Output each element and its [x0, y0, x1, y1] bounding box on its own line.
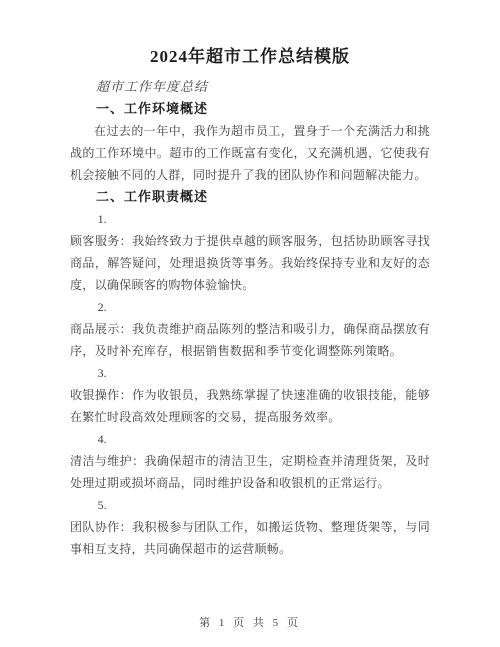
list-item-text-customer-service: 顾客服务：我始终致力于提供卓越的顾客服务，包括协助顾客寻找商品，解答疑问，处理退…: [70, 230, 430, 296]
list-item-text-team-collaboration: 团队协作：我积极参与团队工作，如搬运货物、整理货架等，与同事相互支持，共同确保超…: [70, 516, 430, 560]
document-page: 2024年超市工作总结模版 超市工作年度总结 一、工作环境概述 在过去的一年中，…: [0, 0, 500, 647]
list-item-number-4: 4.: [70, 428, 430, 450]
section-heading-work-environment: 一、工作环境概述: [70, 98, 430, 120]
list-item-number-2: 2.: [70, 296, 430, 318]
list-item-text-cashier-operations: 收银操作：作为收银员，我熟练掌握了快速准确的收银技能，能够在繁忙时段高效处理顾客…: [70, 384, 430, 428]
list-item-number-5: 5.: [70, 494, 430, 516]
list-item-text-cleaning-maintenance: 清洁与维护：我确保超市的清洁卫生，定期检查并清理货架，及时处理过期或损坏商品，同…: [70, 450, 430, 494]
section-heading-job-duties: 二、工作职责概述: [70, 186, 430, 208]
page-number-footer: 第 1 页 共 5 页: [0, 615, 500, 631]
list-item-text-merchandise-display: 商品展示：我负责维护商品陈列的整洁和吸引力，确保商品摆放有序，及时补充库存，根据…: [70, 318, 430, 362]
document-title: 2024年超市工作总结模版: [70, 44, 430, 70]
list-item-number-1: 1.: [70, 208, 430, 230]
document-subtitle: 超市工作年度总结: [70, 76, 430, 98]
paragraph-work-environment: 在过去的一年中，我作为超市员工，置身于一个充满活力和挑战的工作环境中。超市的工作…: [70, 120, 430, 186]
list-item-number-3: 3.: [70, 362, 430, 384]
